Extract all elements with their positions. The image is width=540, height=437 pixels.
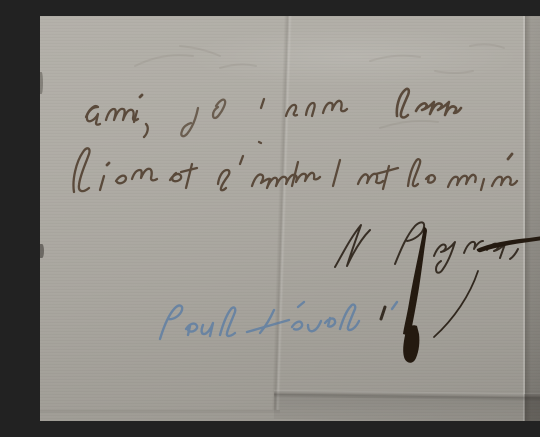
letter-photograph: ami, je vous serre bien et cordialement … — [40, 16, 540, 421]
handwriting-line-1 — [86, 89, 461, 143]
ghost-show-through-strokes — [135, 44, 504, 128]
ink-signature — [335, 222, 540, 362]
handwriting-layer — [40, 16, 540, 421]
blue-pencil-annotation — [160, 302, 397, 339]
handwriting-line-2 — [73, 148, 517, 192]
